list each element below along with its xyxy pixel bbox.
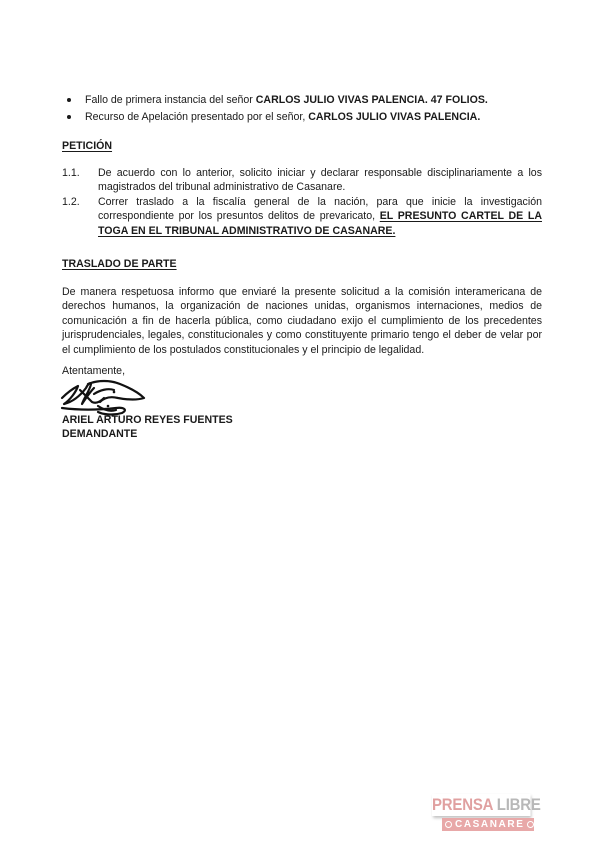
peticion-list: 1.1. De acuerdo con lo anterior, solicit… bbox=[62, 166, 542, 238]
peticion-heading: PETICIÓN bbox=[62, 139, 112, 153]
watermark-brand-part1: PRENSA bbox=[432, 795, 493, 814]
traslado-heading: TRASLADO DE PARTE bbox=[62, 257, 177, 271]
watermark-subtitle: CASANARE bbox=[455, 819, 524, 830]
item-number: 1.1. bbox=[62, 166, 80, 180]
item-text: De acuerdo con lo anterior, solicito ini… bbox=[98, 167, 542, 193]
prensa-libre-watermark: PRENSA LIBRE CASANARE bbox=[432, 794, 547, 834]
attachment-item: Recurso de Apelación presentado por el s… bbox=[62, 110, 552, 127]
peticion-item: 1.2. Correr traslado a la fiscalía gener… bbox=[62, 195, 542, 238]
circle-icon bbox=[445, 821, 452, 828]
circle-icon bbox=[527, 821, 534, 828]
bullet-icon bbox=[67, 115, 71, 119]
attachment-text: Recurso de Apelación presentado por el s… bbox=[85, 111, 308, 123]
attachment-bold: CARLOS JULIO VIVAS PALENCIA. 47 FOLIOS. bbox=[256, 94, 488, 106]
signature-image bbox=[58, 376, 150, 418]
attachments-list: Fallo de primera instancia del señor CAR… bbox=[62, 93, 552, 126]
attachment-text: Fallo de primera instancia del señor bbox=[85, 94, 256, 106]
document-page: Fallo de primera instancia del señor CAR… bbox=[0, 0, 603, 847]
item-number: 1.2. bbox=[62, 195, 80, 209]
watermark-brand-part2: LIBRE bbox=[497, 795, 541, 814]
watermark-brand: PRENSA LIBRE bbox=[432, 794, 531, 816]
signer-name: ARIEL ARTURO REYES FUENTES bbox=[62, 414, 233, 428]
bullet-icon bbox=[67, 98, 71, 102]
peticion-item: 1.1. De acuerdo con lo anterior, solicit… bbox=[62, 166, 542, 195]
attachment-item: Fallo de primera instancia del señor CAR… bbox=[62, 93, 552, 110]
signer-block: ARIEL ARTURO REYES FUENTES DEMANDANTE bbox=[62, 414, 233, 441]
watermark-subtitle-band: CASANARE bbox=[442, 818, 534, 831]
traslado-paragraph: De manera respetuosa informo que enviaré… bbox=[62, 285, 542, 357]
signer-role: DEMANDANTE bbox=[62, 428, 233, 442]
attachment-bold: CARLOS JULIO VIVAS PALENCIA. bbox=[308, 111, 480, 123]
